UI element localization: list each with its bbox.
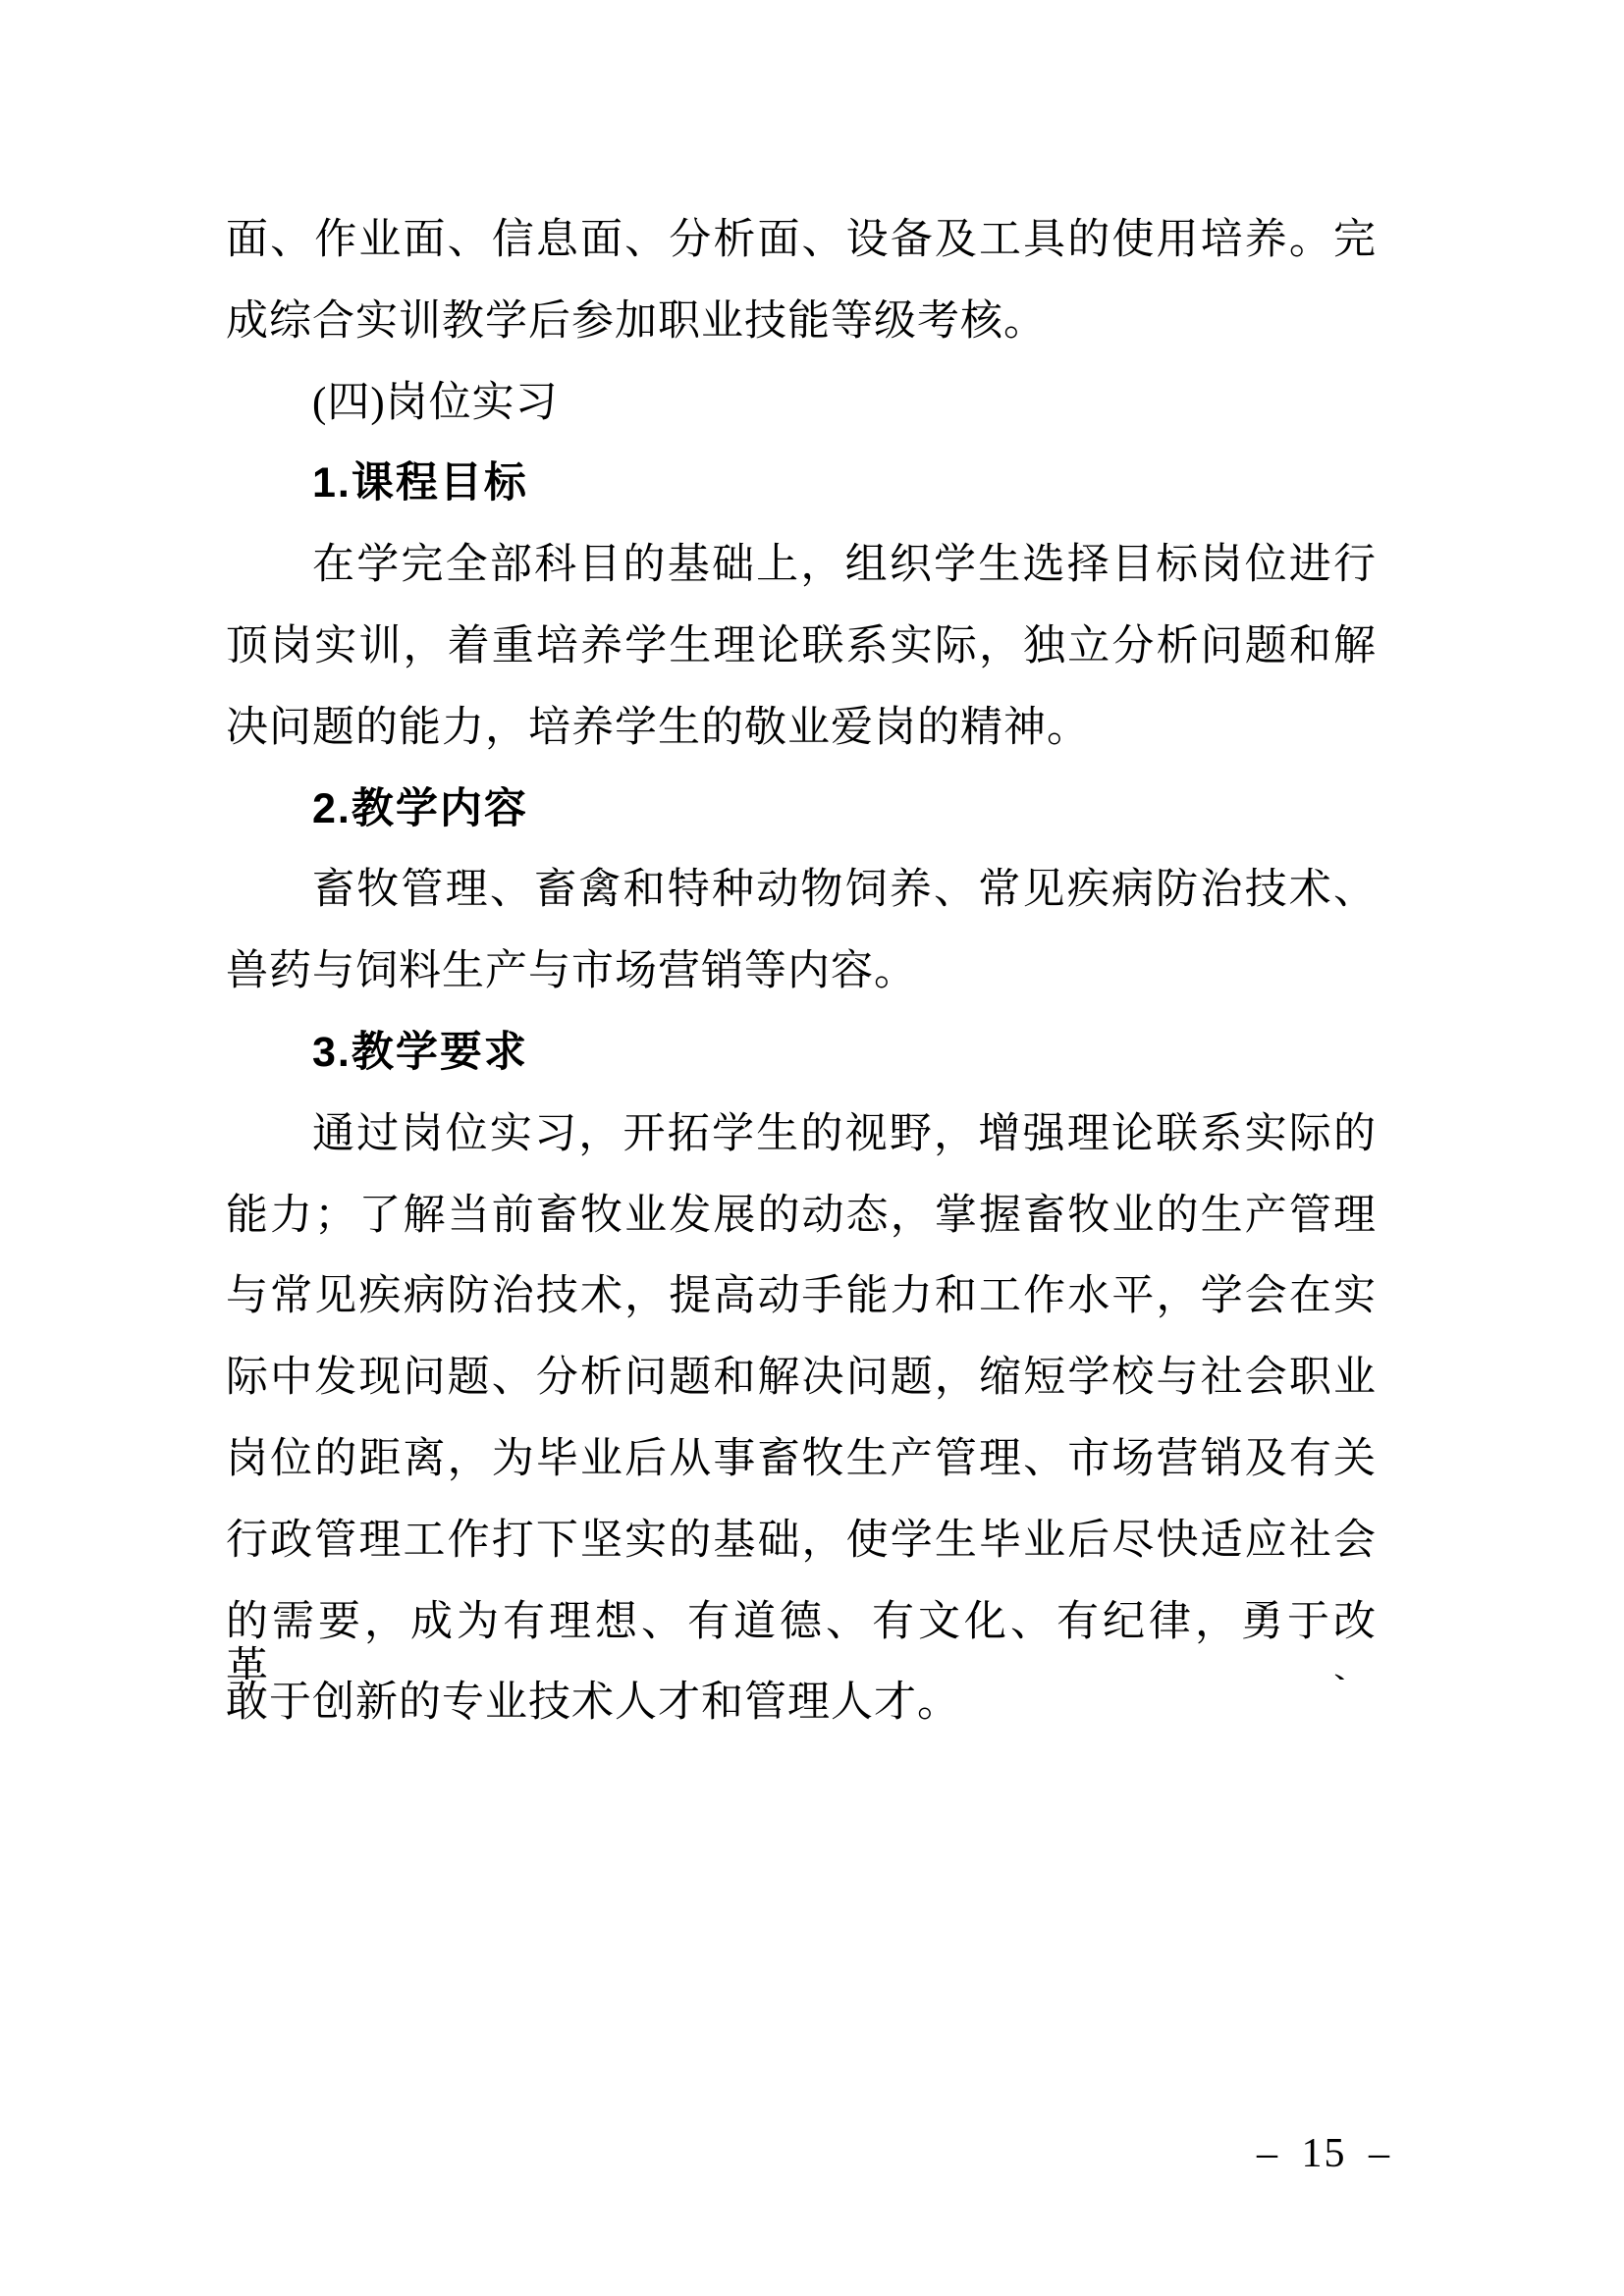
doc-line: 与常见疾病防治技术，提高动手能力和工作水平，学会在实 <box>226 1273 1377 1355</box>
doc-line: 能力；了解当前畜牧业发展的动态，掌握畜牧业的生产管理 <box>226 1193 1377 1274</box>
doc-line: 面、作业面、信息面、分析面、设备及工具的使用培养。完 <box>226 217 1377 298</box>
doc-line: 际中发现问题、分析问题和解决问题，缩短学校与社会职业 <box>226 1355 1377 1436</box>
doc-line: 的需要，成为有理想、有道德、有文化、有纪律，勇于改革、 <box>226 1599 1377 1681</box>
doc-line: 兽药与饲料生产与市场营销等内容。 <box>226 948 1377 1030</box>
doc-heading: 3.教学要求 <box>226 1030 1377 1111</box>
doc-line: 决问题的能力，培养学生的敬业爱岗的精神。 <box>226 705 1377 786</box>
doc-heading: 1.课程目标 <box>226 460 1377 542</box>
doc-subsection-title: (四)岗位实习 <box>226 380 1377 461</box>
doc-line: 畜牧管理、畜禽和特种动物饲养、常见疾病防治技术、 <box>226 867 1377 948</box>
doc-line: 通过岗位实习，开拓学生的视野，增强理论联系实际的 <box>226 1111 1377 1193</box>
doc-line: 行政管理工作打下坚实的基础，使学生毕业后尽快适应社会 <box>226 1518 1377 1599</box>
document-page: 面、作业面、信息面、分析面、设备及工具的使用培养。完 成综合实训教学后参加职业技… <box>0 0 1624 2296</box>
doc-heading: 2.教学内容 <box>226 786 1377 868</box>
doc-line: 敢于创新的专业技术人才和管理人才。 <box>226 1680 1377 1761</box>
doc-line: 成综合实训教学后参加职业技能等级考核。 <box>226 298 1377 380</box>
text-block: 面、作业面、信息面、分析面、设备及工具的使用培养。完 成综合实训教学后参加职业技… <box>226 217 1377 1761</box>
doc-line: 岗位的距离，为毕业后从事畜牧生产管理、市场营销及有关 <box>226 1436 1377 1518</box>
page-number: – 15 – <box>1257 2132 1391 2175</box>
doc-line: 在学完全部科目的基础上，组织学生选择目标岗位进行 <box>226 542 1377 623</box>
doc-line: 顶岗实训，着重培养学生理论联系实际，独立分析问题和解 <box>226 623 1377 705</box>
